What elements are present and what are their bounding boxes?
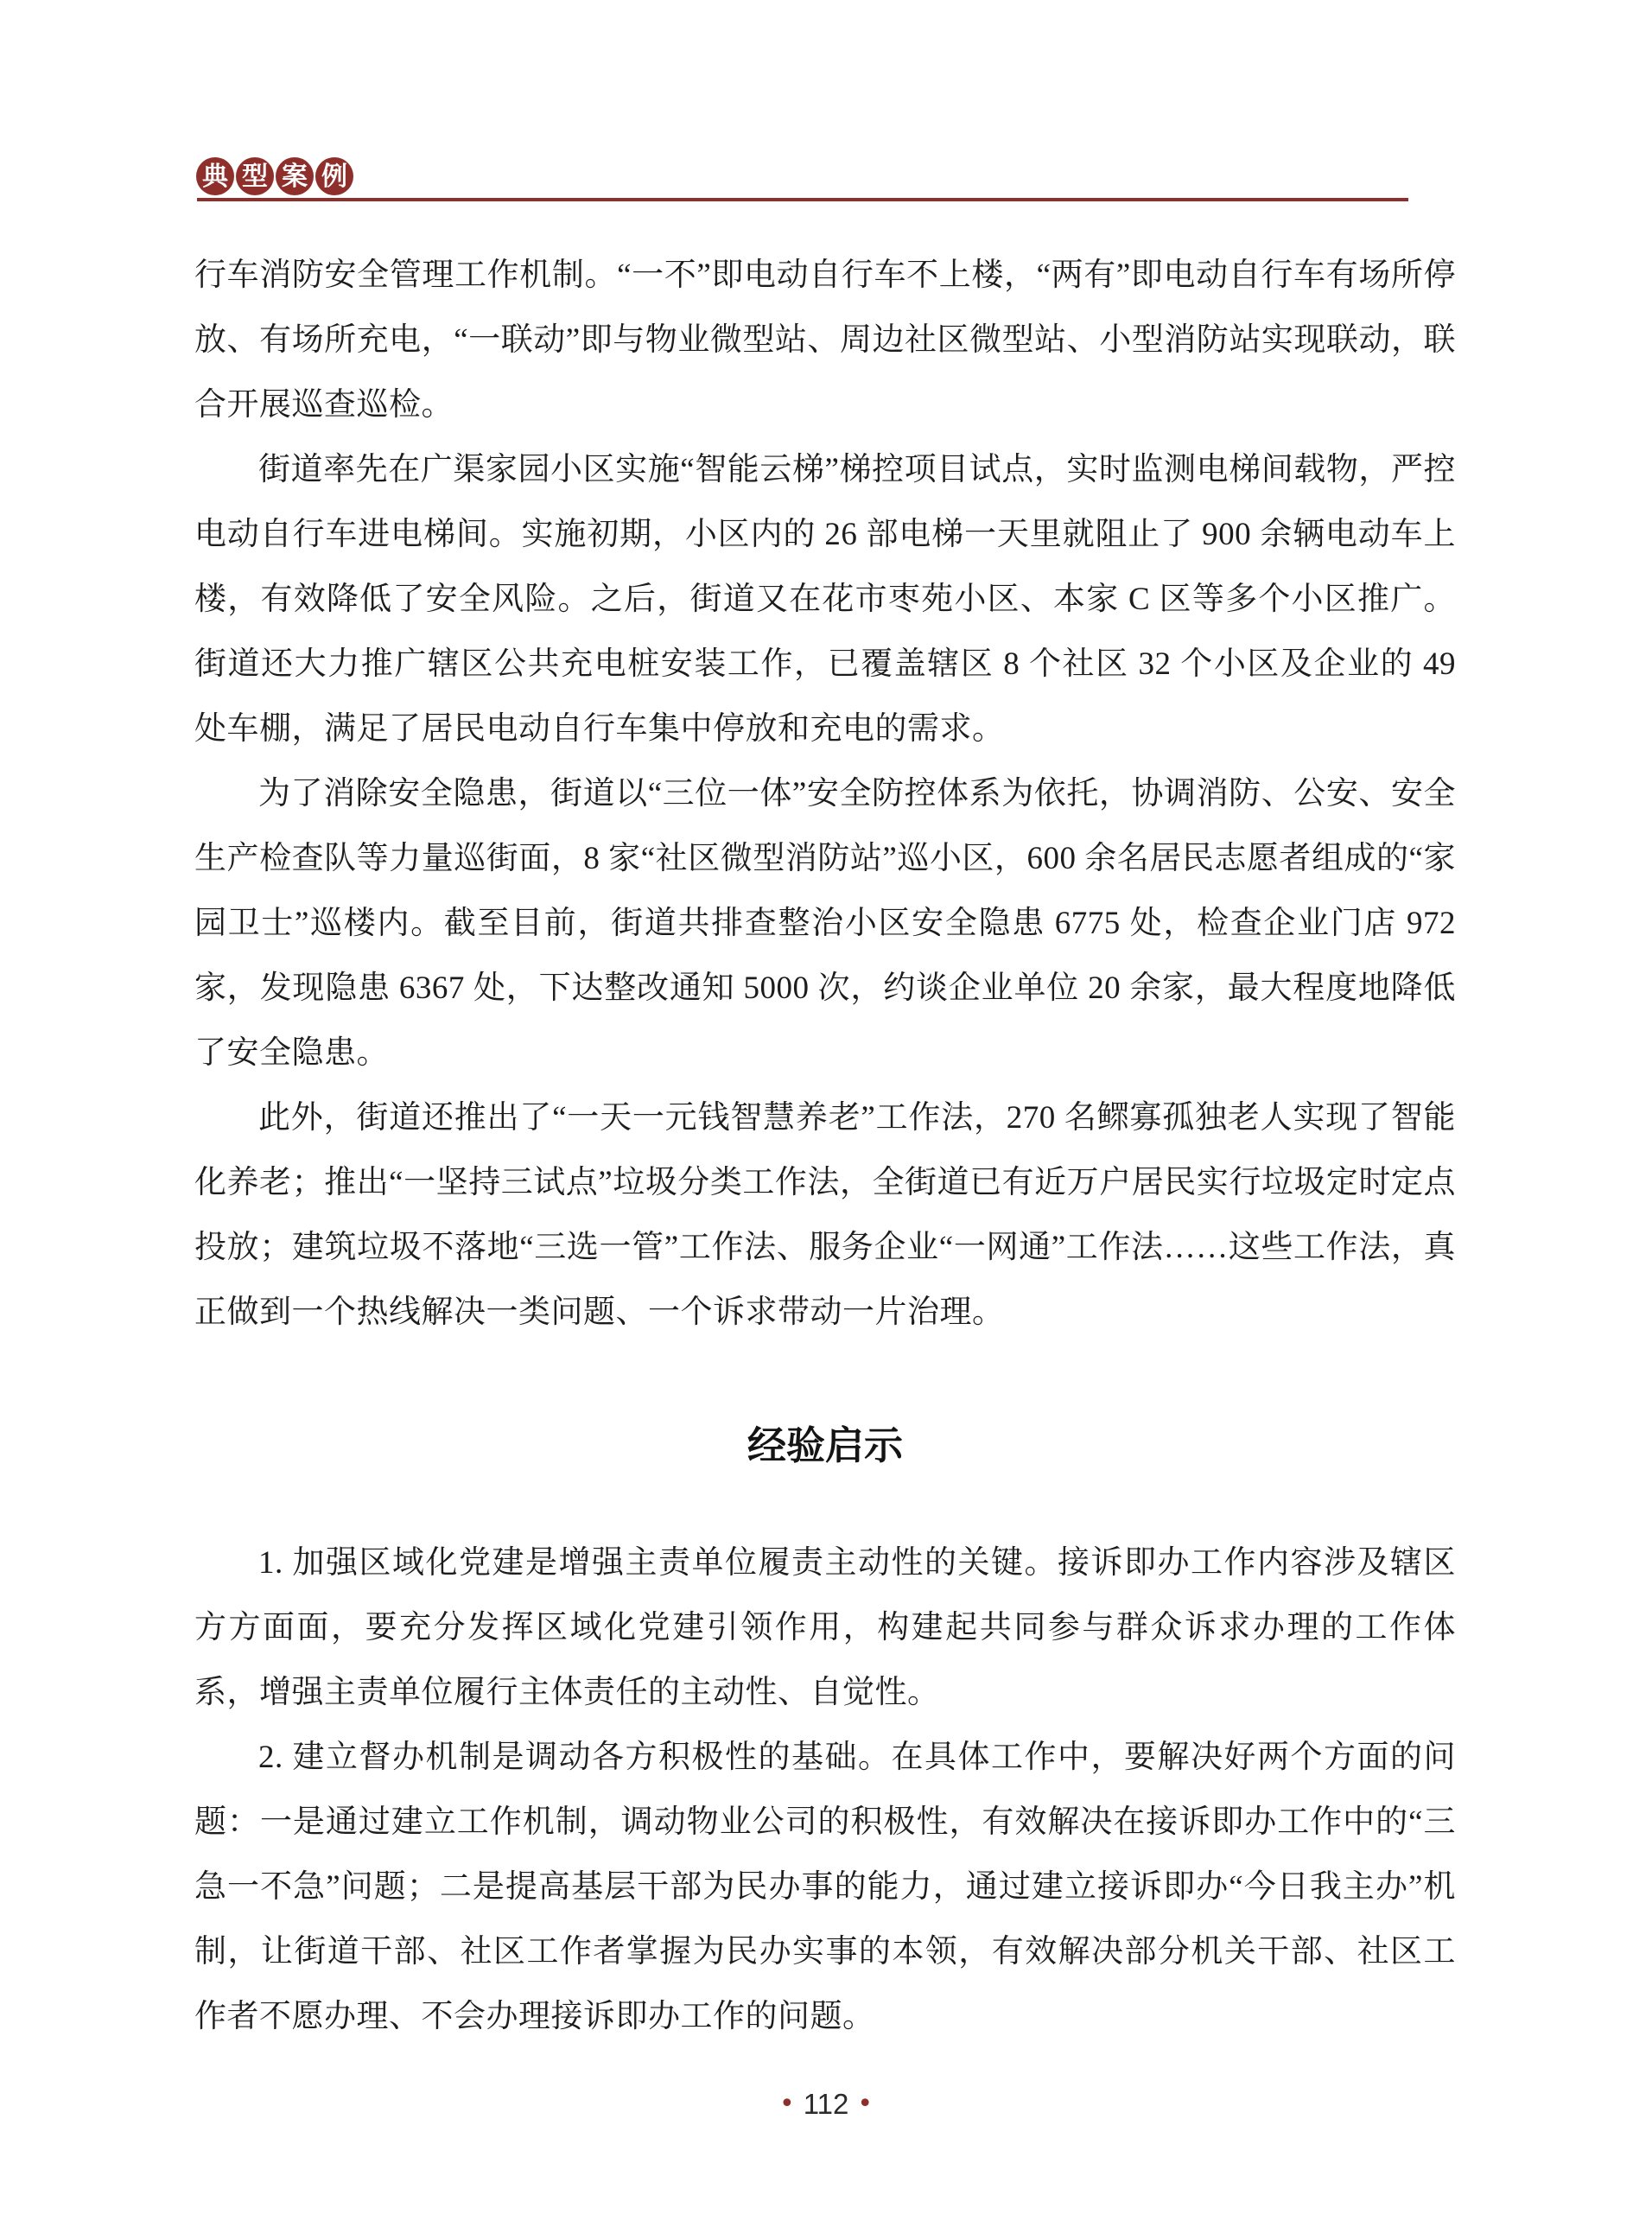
- header-divider-line: [197, 198, 1408, 201]
- paragraph: 街道率先在广渠家园小区实施“智能云梯”梯控项目试点，实时监测电梯间载物，严控电动…: [194, 437, 1456, 761]
- page-number: 112: [804, 2090, 849, 2119]
- paragraph: 1. 加强区域化党建是增强主责单位履责主动性的关键。接诉即办工作内容涉及辖区方方…: [194, 1530, 1456, 1725]
- header-logo: 典 型 案 例: [196, 157, 353, 195]
- section-text-block: 1. 加强区域化党建是增强主责单位履责主动性的关键。接诉即办工作内容涉及辖区方方…: [194, 1530, 1456, 2049]
- body-text-block: 行车消防安全管理工作机制。“一不”即电动自行车不上楼，“两有”即电动自行车有场所…: [194, 243, 1456, 1345]
- paragraph: 此外，街道还推出了“一天一元钱智慧养老”工作法，270 名鳏寡孤独老人实现了智能…: [194, 1085, 1456, 1345]
- paragraph: 为了消除安全隐患，街道以“三位一体”安全防控体系为依托，协调消防、公安、安全生产…: [194, 761, 1456, 1085]
- logo-char-badge: 型: [236, 157, 274, 195]
- logo-char-badge: 例: [315, 157, 353, 195]
- logo-char-badge: 案: [276, 157, 314, 195]
- paragraph: 行车消防安全管理工作机制。“一不”即电动自行车不上楼，“两有”即电动自行车有场所…: [194, 243, 1456, 437]
- logo-char-badge: 典: [196, 157, 234, 195]
- page-number-dot-right: •: [857, 2090, 873, 2119]
- paragraph: 2. 建立督办机制是调动各方积极性的基础。在具体工作中，要解决好两个方面的问题：…: [194, 1725, 1456, 2049]
- page-number-dot-left: •: [779, 2090, 795, 2119]
- document-page: 典 型 案 例 行车消防安全管理工作机制。“一不”即电动自行车不上楼，“两有”即…: [0, 0, 1652, 2240]
- footer: • 112 •: [0, 2090, 1652, 2119]
- section-heading: 经验启示: [194, 1414, 1456, 1470]
